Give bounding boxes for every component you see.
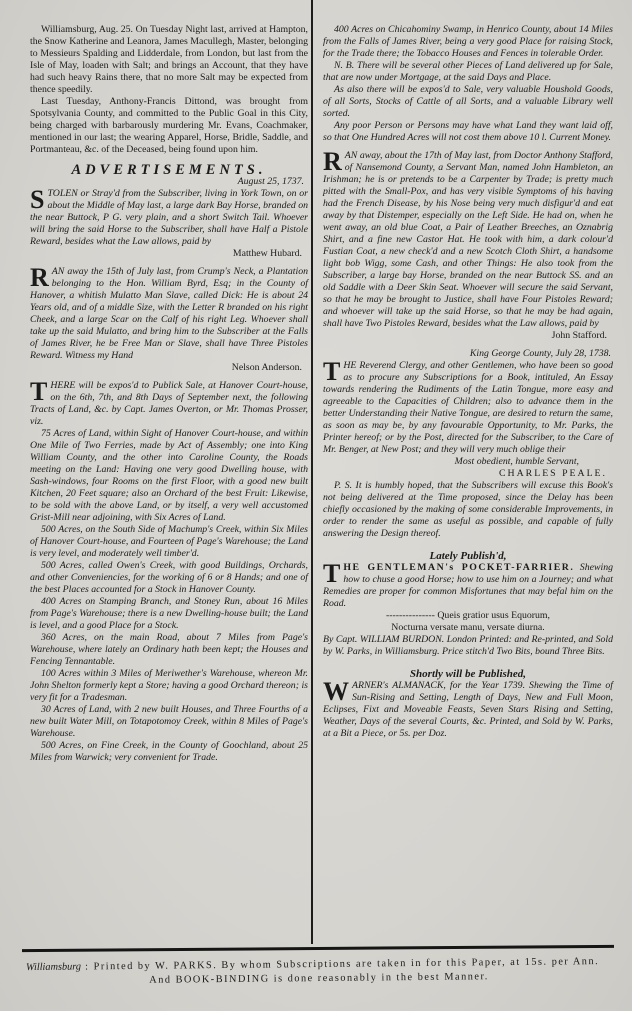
land-item: 500 Acres, on Fine Creek, in the County … <box>30 740 308 764</box>
ad-latin-book-subscription: THE Reverend Clergy, and other Gentlemen… <box>323 360 613 456</box>
bottom-rule <box>22 945 614 952</box>
dropcap-letter: R <box>30 266 52 288</box>
ad-text: ARNER's ALMANACK, for the Year 1739. She… <box>323 680 613 739</box>
ad-text: HERE will be expos'd to Publick Sale, at… <box>30 380 308 427</box>
ad-signature: John Stafford. <box>323 330 613 342</box>
ad-text: HE Reverend Clergy, and other Gentlemen,… <box>323 360 613 455</box>
ad-text: AN away the 15th of July last, from Crum… <box>30 266 308 361</box>
ad-signature: Nelson Anderson. <box>30 362 308 374</box>
ad-public-sale-intro: THERE will be expos'd to Publick Sale, a… <box>30 380 308 428</box>
dropcap-letter: T <box>323 562 343 584</box>
land-item: 500 Acres, on the South Side of Machump'… <box>30 524 308 560</box>
lately-published-header: Lately Publish'd, <box>323 550 613 562</box>
ad-stolen-horse: STOLEN or Stray'd from the Subscriber, l… <box>30 188 308 248</box>
ad-text: AN away, about the 17th of May last, fro… <box>323 150 613 329</box>
news-paragraph: Last Tuesday, Anthony-Francis Dittond, w… <box>30 96 308 156</box>
ad-signature: CHARLES PEALE. <box>323 468 613 480</box>
land-item: 100 Acres within 3 Miles of Meriwether's… <box>30 668 308 704</box>
advertisements-header: ADVERTISEMENTS. <box>30 164 308 176</box>
land-item: 400 Acres on Chicahominy Swamp, in Henri… <box>323 24 613 60</box>
poor-persons-paragraph: Any poor Person or Persons may have what… <box>323 120 613 144</box>
ad-warners-almanack: WARNER's ALMANACK, for the Year 1739. Sh… <box>323 680 613 740</box>
ad-closing-line: Most obedient, humble Servant, <box>323 456 613 468</box>
shortly-published-header: Shortly will be Published, <box>323 668 613 680</box>
dropcap-letter: T <box>30 380 50 402</box>
latin-verse-line: --------------- Queis gratior usus Equor… <box>323 610 613 622</box>
ad-runaway-servant: RAN away, about the 17th of May last, fr… <box>323 150 613 330</box>
dropcap-letter: S <box>30 188 47 210</box>
newspaper-page: Williamsburg, Aug. 25. On Tuesday Night … <box>0 0 632 1011</box>
right-column: 400 Acres on Chicahominy Swamp, in Henri… <box>323 24 613 740</box>
ad-pocket-farrier: THE GENTLEMAN's POCKET-FARRIER. Shewing … <box>323 562 613 610</box>
printer-imprint: Williamsburg : Printed by W. PARKS. By w… <box>26 955 612 989</box>
king-george-dateline: King George County, July 28, 1738. <box>323 348 613 360</box>
postscript-paragraph: P. S. It is humbly hoped, that the Subsc… <box>323 480 613 540</box>
land-item: 30 Acres of Land, with 2 new built House… <box>30 704 308 740</box>
land-item: 400 Acres on Stamping Branch, and Stoney… <box>30 596 308 632</box>
column-divider-rule <box>311 0 313 944</box>
left-column: Williamsburg, Aug. 25. On Tuesday Night … <box>30 24 308 764</box>
ad-text: TOLEN or Stray'd from the Subscriber, li… <box>30 188 308 247</box>
ad-runaway-slave: RAN away the 15th of July last, from Cru… <box>30 266 308 362</box>
imprint-city: Williamsburg <box>26 961 81 973</box>
ad-byline: By Capt. WILLIAM BURDON. London Printed:… <box>323 634 613 658</box>
latin-verse-line: Nocturna versate manu, versate diurna. <box>323 622 613 634</box>
dropcap-letter: W <box>323 680 352 702</box>
ad-signature: Matthew Hubard. <box>30 248 308 260</box>
land-item: 500 Acres, called Owen's Creek, with goo… <box>30 560 308 596</box>
dropcap-letter: T <box>323 360 343 382</box>
nota-bene-paragraph: N. B. There will be several other Pieces… <box>323 60 613 84</box>
news-paragraph: Williamsburg, Aug. 25. On Tuesday Night … <box>30 24 308 96</box>
land-item: 75 Acres of Land, within Sight of Hanove… <box>30 428 308 524</box>
book-title: HE GENTLEMAN's POCKET-FARRIER. <box>343 562 574 573</box>
dropcap-letter: R <box>323 150 345 172</box>
household-goods-paragraph: As also there will be expos'd to Sale, v… <box>323 84 613 120</box>
land-item: 360 Acres, on the main Road, about 7 Mil… <box>30 632 308 668</box>
